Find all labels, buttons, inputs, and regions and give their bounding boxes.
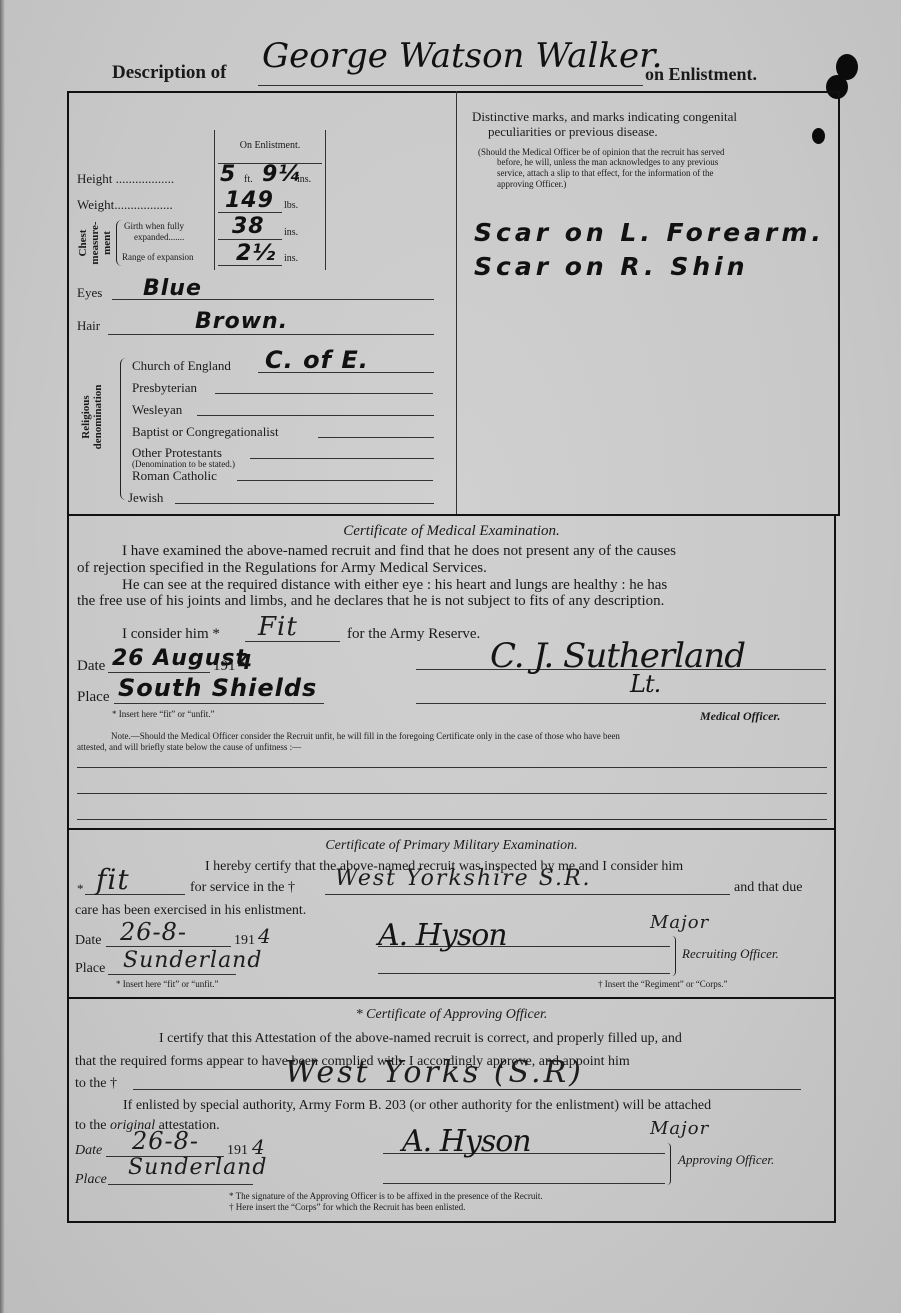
religion-line [175, 503, 434, 504]
box-top-border [67, 91, 840, 93]
medical-para2-line1: He can see at the required distance with… [122, 577, 667, 594]
in-unit: ins. [297, 174, 311, 185]
box-right-border [834, 514, 836, 1222]
unfitness-line [77, 819, 827, 820]
girth-rule [218, 239, 282, 240]
height-label: Height .................. [77, 171, 174, 187]
hair-line [108, 334, 434, 335]
military-place-label: Place [75, 960, 105, 977]
religion-label: Religiousdenomination [80, 372, 104, 462]
military-line3: care has been exercised in his enlistmen… [75, 902, 306, 919]
recruit-name: George Watson Walker. [262, 36, 662, 76]
military-date-line [106, 946, 231, 947]
approving-date-label: Date [75, 1142, 102, 1159]
marks-entry: Scar on L. Forearm. [474, 218, 825, 247]
document-page: Description of George Watson Walker. on … [0, 0, 901, 1313]
marks-heading-2: peculiarities or previous disease. [488, 124, 658, 140]
approving-to-the-prefix: to the † [75, 1075, 117, 1092]
religion-line [215, 393, 433, 394]
medical-cert-title: Certificate of Medical Examination. [67, 523, 836, 540]
medical-place-line [114, 703, 324, 704]
religion-line [250, 458, 434, 459]
hair-value: Brown. [195, 309, 288, 334]
title-prefix: Description of [112, 62, 227, 84]
ink-blot [826, 75, 848, 99]
medical-para1-line1: I have examined the above-named recruit … [122, 543, 828, 560]
ink-blot [812, 128, 825, 144]
recruiting-rank: Major [650, 912, 709, 933]
ft-unit: ft. [244, 174, 253, 185]
religion-line [318, 437, 434, 438]
consider-value: Fit [258, 612, 298, 642]
medical-place-label: Place [77, 689, 109, 706]
marks-note-4: approving Officer.) [497, 179, 566, 189]
approving-corps-value: West Yorks (S.R) [285, 1055, 584, 1090]
approving-place-line [108, 1184, 253, 1185]
approving-officer-label: Approving Officer. [678, 1152, 774, 1168]
medical-officer-signature: C. J. Sutherland [490, 636, 745, 676]
military-star: * [77, 880, 84, 897]
approving-date-value: 26-8- [132, 1127, 199, 1155]
range-unit: ins. [284, 253, 298, 264]
approving-line4: If enlisted by special authority, Army F… [123, 1097, 711, 1114]
military-fit-value: fit [96, 863, 130, 896]
recruiting-officer-label: Recruiting Officer. [682, 946, 779, 962]
approving-officer-signature: A. Hyson [402, 1124, 531, 1159]
military-footnote-left: * Insert here “fit” or “unfit.” [116, 979, 218, 989]
measure-header: On Enlistment. [215, 140, 325, 151]
medical-place-value: South Shields [118, 674, 317, 702]
weight-unit: lbs. [284, 200, 298, 211]
chest-label: Chestmeasure-ment [77, 218, 113, 268]
military-year-prefix: 191 [234, 932, 255, 949]
religion-option-label: Baptist or Congregationalist [132, 424, 279, 440]
religion-option-label: Presbyterian [132, 380, 197, 396]
page-edge-shadow [0, 0, 5, 1313]
consider-prefix: I consider him * [122, 626, 220, 643]
military-service-suffix: and that due [734, 879, 802, 896]
military-date-value: 26-8- [120, 918, 187, 946]
weight-rule [218, 212, 282, 213]
approving-cert-title: * Certificate of Approving Officer. [67, 1007, 836, 1023]
approving-footnote-2: † Here insert the “Corps” for which the … [229, 1202, 465, 1212]
military-place-line [108, 974, 236, 975]
title-suffix: on Enlistment. [645, 64, 757, 85]
marks-note-2: before, he will, unless the man acknowle… [497, 157, 718, 167]
religion-option-label: Wesleyan [132, 402, 182, 418]
section-divider-military [67, 828, 836, 830]
medical-officer-rank: Lt. [630, 670, 660, 698]
medical-para2-line2: the free use of his joints and limbs, an… [77, 593, 664, 610]
medical-rank-line [416, 703, 826, 704]
marks-note-3: service, attach a slip to that effect, f… [497, 168, 714, 178]
military-year-suffix: 4 [258, 924, 272, 948]
range-rule [218, 265, 282, 266]
unfitness-line [77, 793, 827, 794]
medical-officer-label: Medical Officer. [700, 709, 780, 724]
weight-label: Weight.................. [77, 197, 173, 213]
eyes-value: Blue [143, 276, 202, 301]
approving-place-value: Sunderland [128, 1155, 267, 1180]
medical-para1-line2: of rejection specified in the Regulation… [77, 560, 487, 577]
marks-heading-1: Distinctive marks, and marks indicating … [472, 109, 737, 125]
height-ft-value: 5 [220, 162, 236, 187]
girth-value: 38 [232, 214, 265, 239]
military-date-label: Date [75, 932, 101, 949]
consider-suffix: for the Army Reserve. [347, 626, 480, 643]
girth-label-2: expanded....... [134, 232, 184, 242]
column-divider [456, 91, 457, 515]
recruiting-brace [672, 936, 676, 976]
measure-col-left [214, 130, 215, 270]
medical-year-prefix: 191 [213, 658, 236, 675]
religion-brace [120, 358, 126, 500]
section-divider-approving [67, 997, 836, 999]
medical-year-suffix: 4 [238, 650, 253, 674]
box-left-border [67, 91, 69, 1223]
box-bottom-border [67, 1221, 836, 1223]
hair-label: Hair [77, 318, 100, 334]
religion-line [197, 415, 434, 416]
unfitness-line [77, 767, 827, 768]
range-value: 2½ [236, 241, 276, 266]
medical-footnote: * Insert here “fit” or “unfit.” [112, 709, 214, 719]
approving-brace [667, 1143, 671, 1185]
measure-col-right [325, 130, 326, 270]
box-right-border-top [838, 91, 840, 516]
religion-option-value: C. of E. [265, 346, 369, 374]
section-divider-medical [67, 514, 840, 516]
military-service-value: West Yorkshire S.R. [335, 866, 592, 891]
eyes-label: Eyes [77, 285, 102, 301]
approving-place-label: Place [75, 1171, 107, 1188]
approving-footnote-1: * The signature of the Approving Officer… [229, 1191, 543, 1201]
recruiting-second-line [378, 973, 670, 974]
medical-note-line2: attested, and will briefly state below t… [77, 742, 301, 752]
approving-line1: I certify that this Attestation of the a… [159, 1030, 682, 1047]
military-service-prefix: for service in the † [190, 879, 295, 896]
weight-value: 149 [225, 188, 274, 213]
marks-note-1: (Should the Medical Officer be of opinio… [478, 147, 725, 157]
medical-date-label: Date [77, 658, 105, 675]
marks-entry: Scar on R. Shin [474, 252, 749, 281]
approving-second-line [383, 1183, 665, 1184]
medical-date-line [108, 672, 210, 673]
religion-option-label: Jewish [128, 490, 163, 506]
military-place-value: Sunderland [123, 948, 262, 973]
range-label: Range of expansion [122, 252, 193, 262]
approving-rank: Major [650, 1118, 709, 1139]
girth-label-1: Girth when fully [124, 221, 184, 231]
medical-note-line1: Note.—Should the Medical Officer conside… [111, 731, 620, 741]
recruiting-officer-signature: A. Hyson [378, 918, 507, 953]
military-cert-title: Certificate of Primary Military Examinat… [67, 838, 836, 854]
religion-option-label: Church of England [132, 358, 231, 374]
religion-option-label: Roman Catholic [132, 468, 217, 484]
girth-unit: ins. [284, 227, 298, 238]
military-service-line [325, 894, 730, 895]
military-footnote-right: † Insert the “Regiment” or “Corps.” [598, 979, 727, 989]
religion-line [237, 480, 433, 481]
